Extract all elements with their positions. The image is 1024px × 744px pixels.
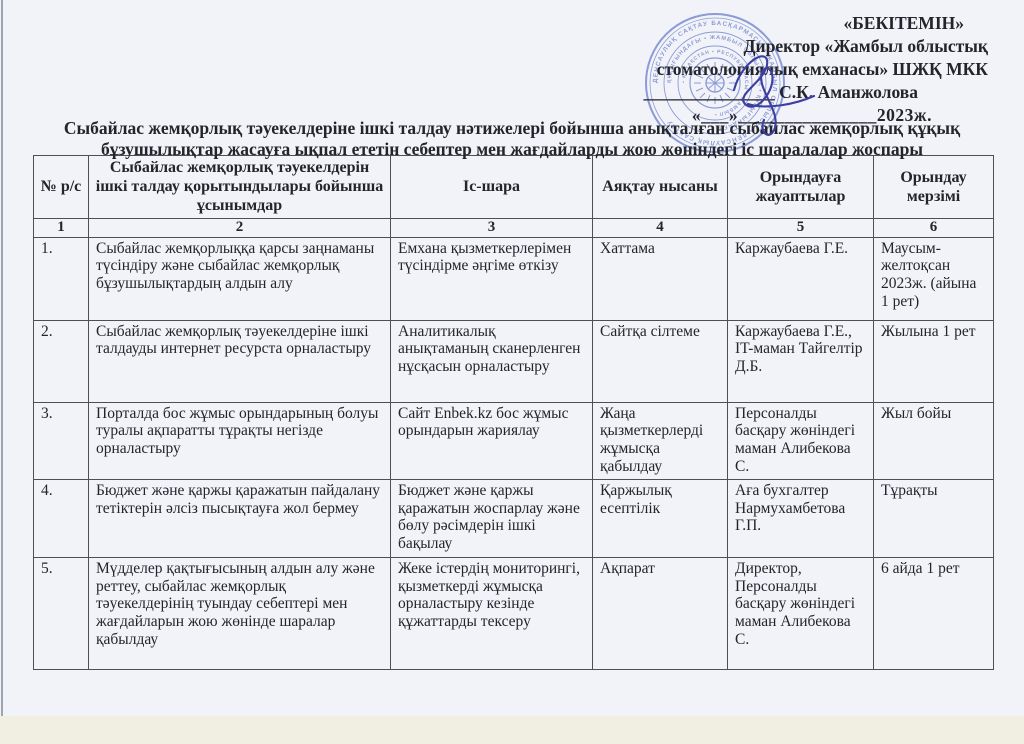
table-cell: Бюджет және қаржы қаражатын пайдалану те… xyxy=(89,479,391,557)
table-cell: 4. xyxy=(34,479,89,557)
column-number: 5 xyxy=(728,218,874,237)
table-cell: Тұрақты xyxy=(874,479,994,557)
column-number: 4 xyxy=(593,218,728,237)
table-cell: Порталда бос жұмыс орындарының болуы тур… xyxy=(89,402,391,479)
column-header: № р/с xyxy=(34,156,89,219)
table-cell: Емхана қызметкерлерімен түсіндірме әңгім… xyxy=(391,237,593,320)
page-title: Сыбайлас жемқорлық тәуекелдеріне ішкі та… xyxy=(40,118,984,159)
table-cell: Сыбайлас жемқорлыққа қарсы заңнаманы түс… xyxy=(89,237,391,320)
table-cell: 3. xyxy=(34,402,89,479)
table-row: 2.Сыбайлас жемқорлық тәуекелдеріне ішкі … xyxy=(34,320,994,402)
column-number: 6 xyxy=(874,218,994,237)
table-cell: Хаттама xyxy=(593,237,728,320)
table-cell: Персоналды басқару жөніндегі маман Алибе… xyxy=(728,402,874,479)
column-header: Орындау мерзімі xyxy=(874,156,994,219)
table-cell: 6 айда 1 рет xyxy=(874,557,994,669)
table-cell: Каржаубаева Г.Е. xyxy=(728,237,874,320)
table-row: 1.Сыбайлас жемқорлыққа қарсы заңнаманы т… xyxy=(34,237,994,320)
table-cell: Директор, Персоналды басқару жөніндегі м… xyxy=(728,557,874,669)
column-number: 1 xyxy=(34,218,89,237)
table-cell: Аналитикалық анықтаманың сканерленген нұ… xyxy=(391,320,593,402)
table-cell: Ақпарат xyxy=(593,557,728,669)
table-cell: Қаржылық есептілік xyxy=(593,479,728,557)
table-cell: Мүдделер қақтығысының алдын алу және рет… xyxy=(89,557,391,669)
column-header: Сыбайлас жемқорлық тәуекелдерін ішкі тал… xyxy=(89,156,391,219)
scan-edge-artifact xyxy=(1,0,3,716)
table-cell: Жыл бойы xyxy=(874,402,994,479)
column-number-row: 1 2 3 4 5 6 xyxy=(34,218,994,237)
table-header-row: № р/с Сыбайлас жемқорлық тәуекелдерін іш… xyxy=(34,156,994,219)
table-cell: Сайт Enbek.kz бос жұмыс орындарын жариял… xyxy=(391,402,593,479)
table-cell: 2. xyxy=(34,320,89,402)
table-cell: Сыбайлас жемқорлық тәуекелдеріне ішкі та… xyxy=(89,320,391,402)
director-signature xyxy=(712,38,832,143)
table-cell: Жеке істердің мониторингі, қызметкерді ж… xyxy=(391,557,593,669)
table-row: 3.Порталда бос жұмыс орындарының болуы т… xyxy=(34,402,994,479)
approval-line: «БЕКІТЕМІН» xyxy=(568,12,988,35)
plan-table-body: 1 2 3 4 5 6 1.Сыбайлас жемқорлыққа қарсы… xyxy=(34,218,994,669)
table-cell: Жаңа қызметкерлерді жұмысқа қабылдау xyxy=(593,402,728,479)
scan-bottom-strip xyxy=(0,716,1024,744)
table-cell: Аға бухгалтер Нармухамбетова Г.П. xyxy=(728,479,874,557)
column-header: Орындауға жауаптылар xyxy=(728,156,874,219)
table-cell: Жылына 1 рет xyxy=(874,320,994,402)
scanned-document-page: ДЕНСАУЛЫҚ САҚТАУ БАСҚАРМАСЫ • ЖАМБЫЛ ОБЛ… xyxy=(0,0,1024,744)
table-row: 5.Мүдделер қақтығысының алдын алу және р… xyxy=(34,557,994,669)
column-number: 2 xyxy=(89,218,391,237)
table-cell: Маусым-желтоқсан 2023ж. (айына 1 рет) xyxy=(874,237,994,320)
action-plan-table: № р/с Сыбайлас жемқорлық тәуекелдерін іш… xyxy=(33,155,994,670)
table-cell: 5. xyxy=(34,557,89,669)
table-cell: Каржаубаева Г.Е., IT-маман Тайгелтір Д.Б… xyxy=(728,320,874,402)
table-cell: Бюджет және қаржы қаражатын жоспарлау жә… xyxy=(391,479,593,557)
column-header: Аяқтау нысаны xyxy=(593,156,728,219)
table-cell: Сайтқа сілтеме xyxy=(593,320,728,402)
column-number: 3 xyxy=(391,218,593,237)
table-row: 4.Бюджет және қаржы қаражатын пайдалану … xyxy=(34,479,994,557)
table-cell: 1. xyxy=(34,237,89,320)
column-header: Іс-шара xyxy=(391,156,593,219)
